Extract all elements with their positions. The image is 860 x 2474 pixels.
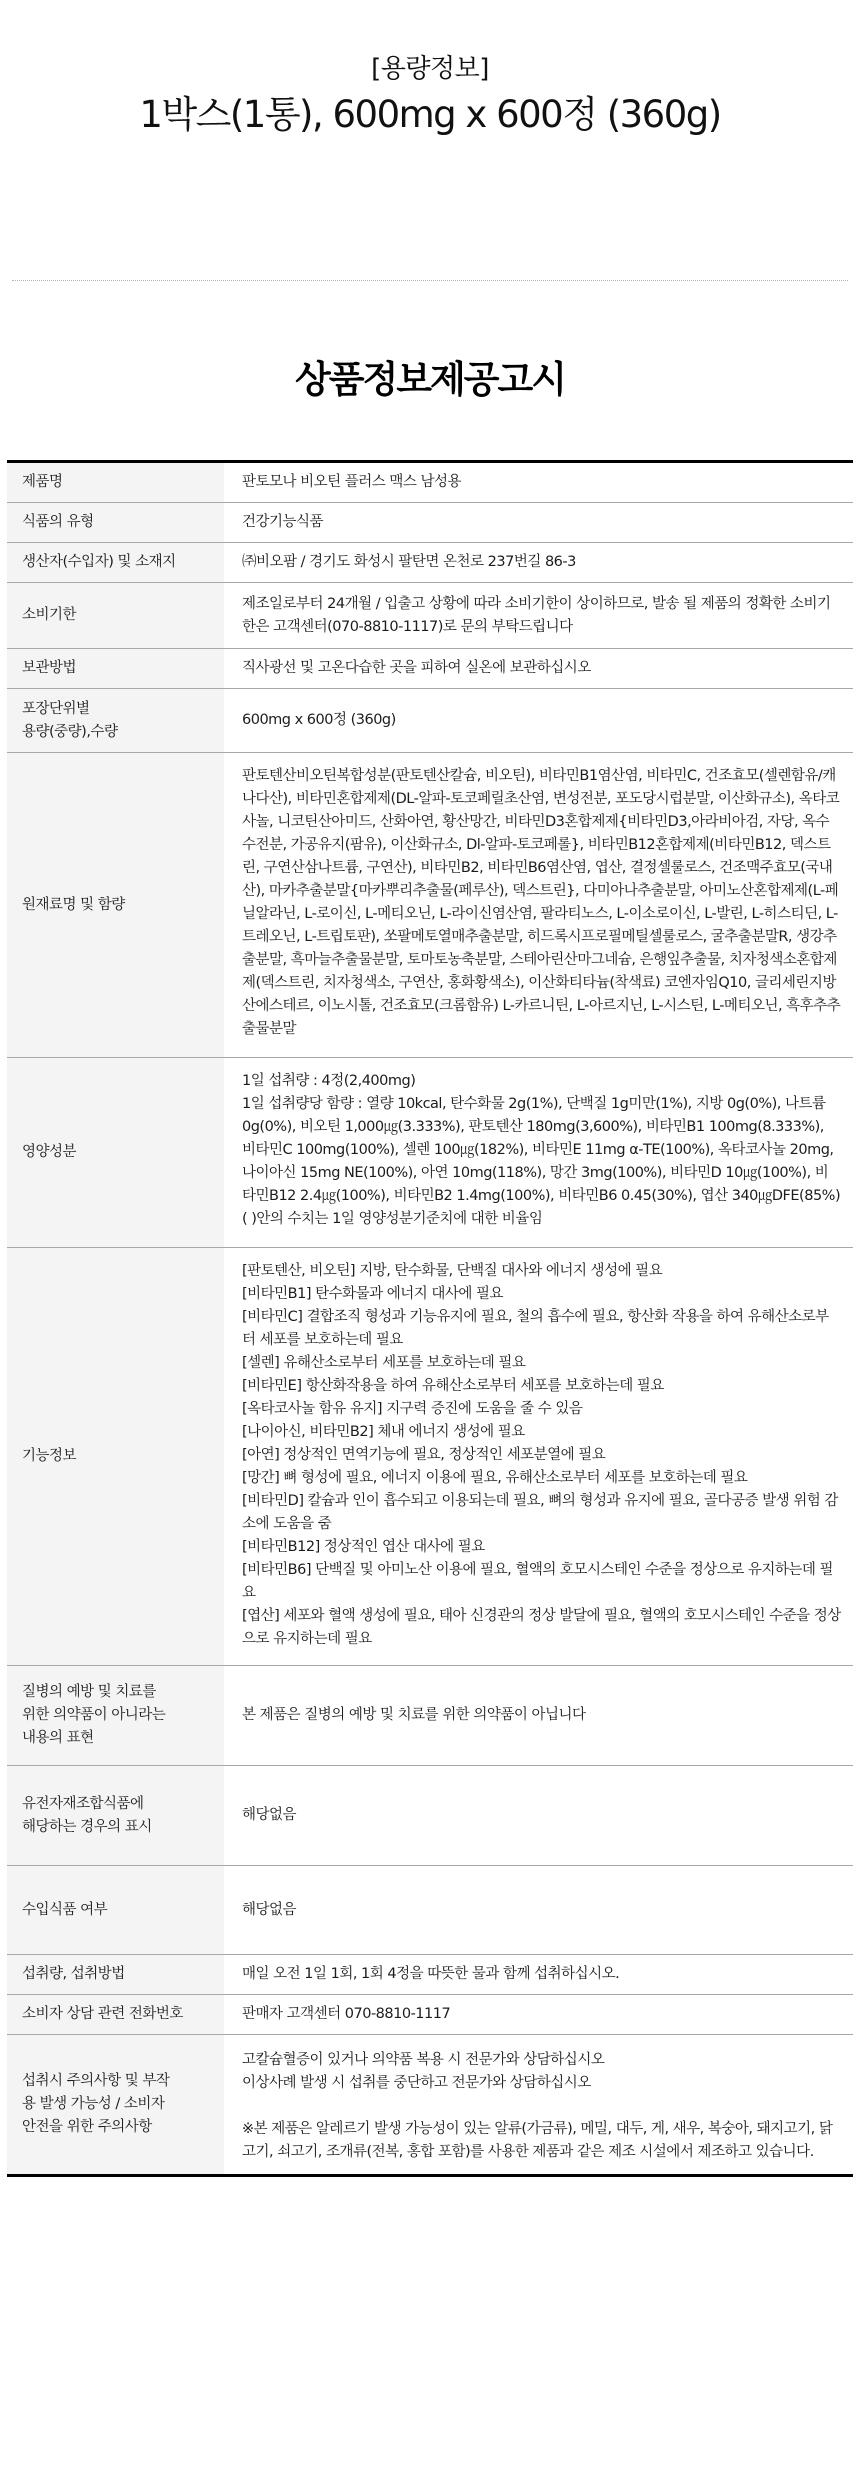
row-label: 보관방법 bbox=[7, 649, 224, 689]
capacity-info: [용량정보] 1박스(1통), 600mg x 600정 (360g) bbox=[0, 52, 860, 138]
row-value: [판토텐산, 비오틴] 지방, 탄수화물, 단백질 대사와 에너지 생성에 필요… bbox=[224, 1248, 853, 1666]
table-row-function-info: 기능정보 [판토텐산, 비오틴] 지방, 탄수화물, 단백질 대사와 에너지 생… bbox=[7, 1248, 853, 1666]
nutrition-line: 1일 섭취량 : 4정(2,400mg) bbox=[242, 1070, 841, 1093]
row-label: 섭취시 주의사항 및 부작 용 발생 가능성 / 소비자 안전을 위한 주의사항 bbox=[7, 2035, 224, 2176]
function-line: [비타민B1] 탄수화물과 에너지 대사에 필요 bbox=[242, 1283, 841, 1306]
row-label-line: 섭취시 주의사항 및 부작 bbox=[22, 2070, 214, 2093]
row-label: 식품의 유형 bbox=[7, 503, 224, 543]
capacity-label: [용량정보] bbox=[0, 52, 860, 86]
row-value: 해당없음 bbox=[224, 1866, 853, 1955]
row-label-line: 내용의 표현 bbox=[22, 1727, 214, 1750]
table-row-food-type: 식품의 유형 건강기능식품 bbox=[7, 503, 853, 543]
row-label: 소비자 상담 관련 전화번호 bbox=[7, 1995, 224, 2035]
precaution-line: 이상사례 발생 시 섭취를 중단하고 전문가와 상담하십시오 bbox=[242, 2072, 841, 2095]
function-line: [망간] 뼈 형성에 필요, 에너지 이용에 필요, 유해산소로부터 세포를 보… bbox=[242, 1467, 841, 1490]
row-label-line: 포장단위별 bbox=[22, 698, 214, 721]
row-value: 600mg x 600정 (360g) bbox=[224, 689, 853, 753]
row-label: 영양성분 bbox=[7, 1058, 224, 1248]
function-line: [비타민E] 항산화작용을 하여 유해산소로부터 세포를 보호하는데 필요 bbox=[242, 1375, 841, 1398]
row-value: 고칼슘혈증이 있거나 의약품 복용 시 전문가와 상담하십시오 이상사례 발생 … bbox=[224, 2035, 853, 2176]
table-row-expiry: 소비기한 제조일로부터 24개월 / 입출고 상황에 따라 소비기한이 상이하므… bbox=[7, 583, 853, 649]
row-value: 본 제품은 질병의 예방 및 치료를 위한 의약품이 아닙니다 bbox=[224, 1666, 853, 1766]
row-label-line: 질병의 예방 및 치료를 bbox=[22, 1681, 214, 1704]
nutrition-line: ( )안의 수치는 1일 영양성분기준치에 대한 비율임 bbox=[242, 1208, 841, 1231]
notice-title: 상품정보제공고시 bbox=[0, 356, 860, 404]
function-line: [나이아신, 비타민B2] 체내 에너지 생성에 필요 bbox=[242, 1421, 841, 1444]
row-label-line: 유전자재조합식품에 bbox=[22, 1793, 214, 1816]
function-line: [비타민D] 칼슘과 인이 흡수되고 이용되는데 필요, 뼈의 형성과 유지에 … bbox=[242, 1490, 841, 1536]
function-line: [비타민C] 결합조직 형성과 기능유지에 필요, 철의 흡수에 필요, 항산화… bbox=[242, 1306, 841, 1352]
table-row-package-unit: 포장단위별 용량(중량),수량 600mg x 600정 (360g) bbox=[7, 689, 853, 753]
table-row-precautions: 섭취시 주의사항 및 부작 용 발생 가능성 / 소비자 안전을 위한 주의사항… bbox=[7, 2035, 853, 2176]
row-label: 제품명 bbox=[7, 462, 224, 503]
row-label: 수입식품 여부 bbox=[7, 1866, 224, 1955]
row-value: 건강기능식품 bbox=[224, 503, 853, 543]
product-info-table: 제품명 판토모나 비오틴 플러스 맥스 남성용 식품의 유형 건강기능식품 생산… bbox=[7, 460, 853, 2177]
table-row-imported: 수입식품 여부 해당없음 bbox=[7, 1866, 853, 1955]
row-label: 포장단위별 용량(중량),수량 bbox=[7, 689, 224, 753]
table-row-gmo: 유전자재조합식품에 해당하는 경우의 표시 해당없음 bbox=[7, 1766, 853, 1866]
row-value: 해당없음 bbox=[224, 1766, 853, 1866]
function-line: [셀렌] 유해산소로부터 세포를 보호하는데 필요 bbox=[242, 1352, 841, 1375]
function-line: [판토텐산, 비오틴] 지방, 탄수화물, 단백질 대사와 에너지 생성에 필요 bbox=[242, 1260, 841, 1283]
precaution-line: 고칼슘혈증이 있거나 의약품 복용 시 전문가와 상담하십시오 bbox=[242, 2049, 841, 2072]
allergy-notice: ※본 제품은 알레르기 발생 가능성이 있는 알류(가금류), 메밀, 대두, … bbox=[242, 2118, 841, 2164]
row-value: 1일 섭취량 : 4정(2,400mg) 1일 섭취량당 함량 : 열량 10k… bbox=[224, 1058, 853, 1248]
row-label: 소비기한 bbox=[7, 583, 224, 649]
row-label-line: 위한 의약품이 아니라는 bbox=[22, 1704, 214, 1727]
nutrition-line: 1일 섭취량당 함량 : 열량 10kcal, 탄수화물 2g(1%), 단백질… bbox=[242, 1093, 841, 1208]
table-row-intake: 섭취량, 섭취방법 매일 오전 1일 1회, 1회 4정을 따뜻한 물과 함께 … bbox=[7, 1955, 853, 1995]
function-line: [엽산] 세포와 혈액 생성에 필요, 태아 신경관의 정상 발달에 필요, 혈… bbox=[242, 1605, 841, 1651]
row-label: 원재료명 및 함량 bbox=[7, 753, 224, 1058]
table-row-manufacturer: 생산자(수입자) 및 소재지 ㈜비오팜 / 경기도 화성시 팔탄면 온천로 23… bbox=[7, 543, 853, 583]
table-row-storage: 보관방법 직사광선 및 고온다습한 곳을 피하여 실온에 보관하십시오 bbox=[7, 649, 853, 689]
row-label: 기능정보 bbox=[7, 1248, 224, 1666]
dotted-divider bbox=[12, 280, 848, 281]
row-value: 직사광선 및 고온다습한 곳을 피하여 실온에 보관하십시오 bbox=[224, 649, 853, 689]
row-value: 제조일로부터 24개월 / 입출고 상황에 따라 소비기한이 상이하므로, 발송… bbox=[224, 583, 853, 649]
row-label: 유전자재조합식품에 해당하는 경우의 표시 bbox=[7, 1766, 224, 1866]
table-row-not-medicine: 질병의 예방 및 치료를 위한 의약품이 아니라는 내용의 표현 본 제품은 질… bbox=[7, 1666, 853, 1766]
table-row-ingredients: 원재료명 및 함량 판토텐산비오틴복합성분(판토텐산칼슘, 비오틴), 비타민B… bbox=[7, 753, 853, 1058]
function-line: [비타민B12] 정상적인 엽산 대사에 필요 bbox=[242, 1536, 841, 1559]
row-value: 판토모나 비오틴 플러스 맥스 남성용 bbox=[224, 462, 853, 503]
table-row-contact: 소비자 상담 관련 전화번호 판매자 고객센터 070-8810-1117 bbox=[7, 1995, 853, 2035]
capacity-value: 1박스(1통), 600mg x 600정 (360g) bbox=[0, 92, 860, 138]
function-line: [옥타코사놀 함유 유지] 지구력 증진에 도움을 줄 수 있음 bbox=[242, 1398, 841, 1421]
row-value: 판토텐산비오틴복합성분(판토텐산칼슘, 비오틴), 비타민B1염산염, 비타민C… bbox=[224, 753, 853, 1058]
line-gap bbox=[242, 2095, 841, 2118]
table-row-nutrition: 영양성분 1일 섭취량 : 4정(2,400mg) 1일 섭취량당 함량 : 열… bbox=[7, 1058, 853, 1248]
row-label-line: 해당하는 경우의 표시 bbox=[22, 1816, 214, 1839]
row-label: 질병의 예방 및 치료를 위한 의약품이 아니라는 내용의 표현 bbox=[7, 1666, 224, 1766]
row-value: 매일 오전 1일 1회, 1회 4정을 따뜻한 물과 함께 섭취하십시오. bbox=[224, 1955, 853, 1995]
table-row-product-name: 제품명 판토모나 비오틴 플러스 맥스 남성용 bbox=[7, 462, 853, 503]
function-line: [비타민B6] 단백질 및 아미노산 이용에 필요, 혈액의 호모시스테인 수준… bbox=[242, 1559, 841, 1605]
row-value: 판매자 고객센터 070-8810-1117 bbox=[224, 1995, 853, 2035]
function-line: [아연] 정상적인 면역기능에 필요, 정상적인 세포분열에 필요 bbox=[242, 1444, 841, 1467]
row-label: 섭취량, 섭취방법 bbox=[7, 1955, 224, 1995]
row-value: ㈜비오팜 / 경기도 화성시 팔탄면 온천로 237번길 86-3 bbox=[224, 543, 853, 583]
row-label-line: 안전을 위한 주의사항 bbox=[22, 2116, 214, 2139]
row-label-line: 용량(중량),수량 bbox=[22, 721, 214, 744]
row-label: 생산자(수입자) 및 소재지 bbox=[7, 543, 224, 583]
row-label-line: 용 발생 가능성 / 소비자 bbox=[22, 2093, 214, 2116]
